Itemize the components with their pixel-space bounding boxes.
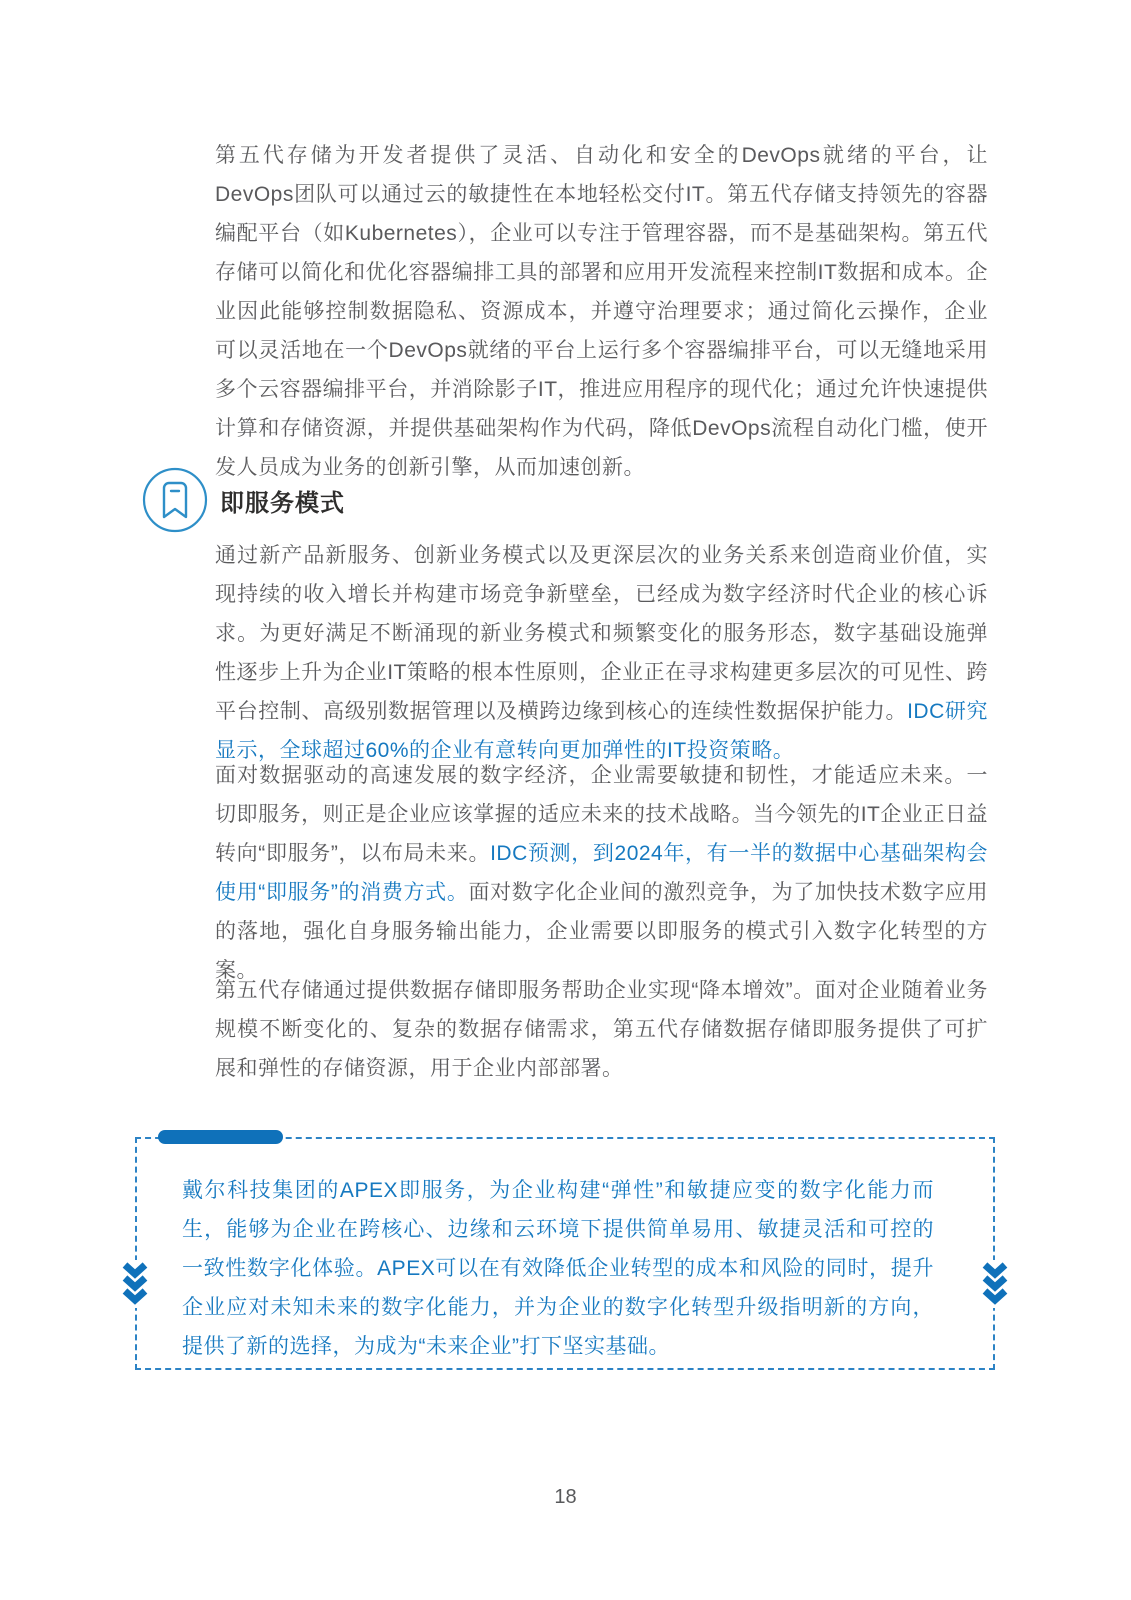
double-chevron-down-icon bbox=[981, 1260, 1009, 1308]
paragraph-business-value: 通过新产品新服务、创新业务模式以及更深层次的业务关系来创造商业价值，实现持续的收… bbox=[215, 536, 988, 770]
paragraph-text: 通过新产品新服务、创新业务模式以及更深层次的业务关系来创造商业价值，实现持续的收… bbox=[215, 544, 988, 723]
paragraph-devops-platform: 第五代存储为开发者提供了灵活、自动化和安全的DevOps就绪的平台，让DevOp… bbox=[215, 136, 988, 487]
document-page: 第五代存储为开发者提供了灵活、自动化和安全的DevOps就绪的平台，让DevOp… bbox=[0, 0, 1131, 1600]
page-number: 18 bbox=[0, 1486, 1131, 1509]
double-chevron-down-icon bbox=[121, 1260, 149, 1308]
section-title: 即服务模式 bbox=[220, 483, 345, 518]
callout-accent-pill bbox=[158, 1130, 283, 1144]
section-header: 即服务模式 bbox=[142, 467, 345, 533]
apex-callout-text: 戴尔科技集团的APEX即服务，为企业构建“弹性”和敏捷应变的数字化能力而生，能够… bbox=[182, 1171, 934, 1366]
bookmark-icon bbox=[142, 467, 208, 533]
paragraph-storage-service: 第五代存储通过提供数据存储即服务帮助企业实现“降本增效”。面对企业随着业务规模不… bbox=[215, 971, 988, 1088]
apex-callout-box: 戴尔科技集团的APEX即服务，为企业构建“弹性”和敏捷应变的数字化能力而生，能够… bbox=[135, 1137, 995, 1370]
paragraph-as-a-service: 面对数据驱动的高速发展的数字经济，企业需要敏捷和韧性，才能适应未来。一切即服务，… bbox=[215, 756, 988, 990]
